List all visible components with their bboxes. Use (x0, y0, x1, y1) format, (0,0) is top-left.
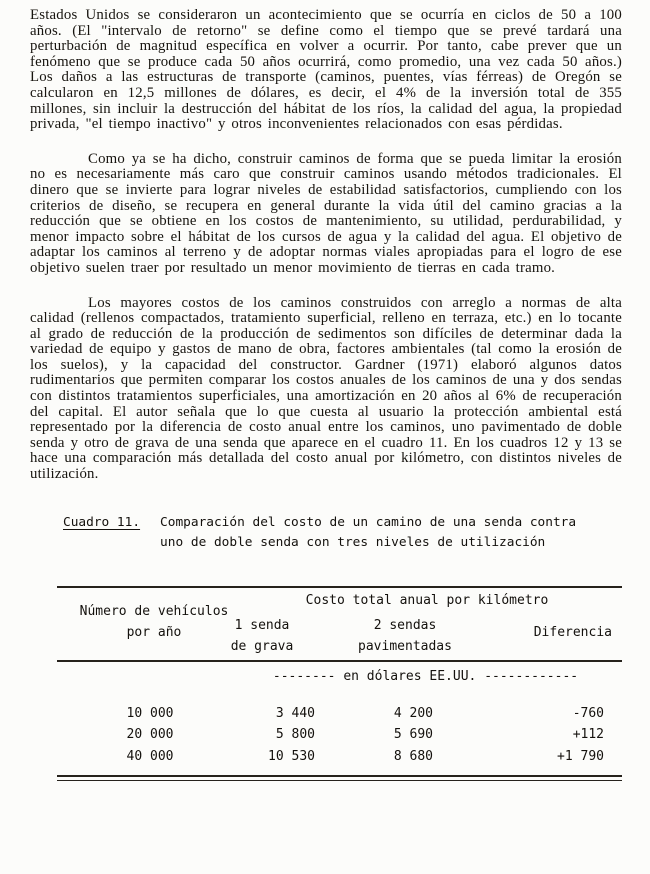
cell-paved: 4 200 (315, 703, 433, 725)
document-page: Estados Unidos se consideraron un aconte… (0, 0, 650, 874)
table-row: 20 000 5 800 5 690 +112 (57, 724, 622, 746)
paragraph-erosion-costs: Como ya se ha dicho, construir caminos d… (30, 152, 622, 277)
paragraph-return-interval: Estados Unidos se consideraron un aconte… (30, 8, 622, 133)
column-header-difference: Diferencia (534, 625, 612, 640)
table-header: Número de vehículos por año Costo total … (57, 588, 622, 660)
table-body: 10 000 3 440 4 200 -760 20 000 5 800 5 6… (57, 703, 622, 776)
table-units-row: -------- en dólares EE.UU. ------------ (57, 669, 622, 691)
column-group-header-annual-cost: Costo total anual por kilómetro (247, 593, 607, 608)
cell-difference: +1 790 (433, 746, 622, 768)
table-row: 10 000 3 440 4 200 -760 (57, 703, 622, 725)
cell-gravel: 10 530 (243, 746, 315, 768)
cell-paved: 8 680 (315, 746, 433, 768)
cell-vehicles: 20 000 (57, 724, 243, 746)
table-caption-label: Cuadro 11. (63, 513, 140, 533)
table-mid-rule (57, 660, 622, 662)
column-header-gravel-lane: 1 senda de grava (207, 615, 317, 657)
paragraph-high-standard-costs: Los mayores costos de los caminos constr… (30, 296, 622, 483)
cell-vehicles: 40 000 (57, 746, 243, 768)
cell-vehicles: 10 000 (57, 703, 243, 725)
cell-gravel: 3 440 (243, 703, 315, 725)
cell-paved: 5 690 (315, 724, 433, 746)
table-bottom-rule (57, 775, 622, 781)
cell-difference: +112 (433, 724, 622, 746)
table-row: 40 000 10 530 8 680 +1 790 (57, 746, 622, 768)
cell-gravel: 5 800 (243, 724, 315, 746)
cost-comparison-table: Número de vehículos por año Costo total … (57, 586, 622, 782)
table-caption: Cuadro 11. Comparación del costo de un c… (63, 513, 622, 553)
column-header-paved-lanes: 2 sendas pavimentadas (335, 615, 475, 657)
cell-difference: -760 (433, 703, 622, 725)
table-caption-text: Comparación del costo de un camino de un… (160, 513, 576, 553)
